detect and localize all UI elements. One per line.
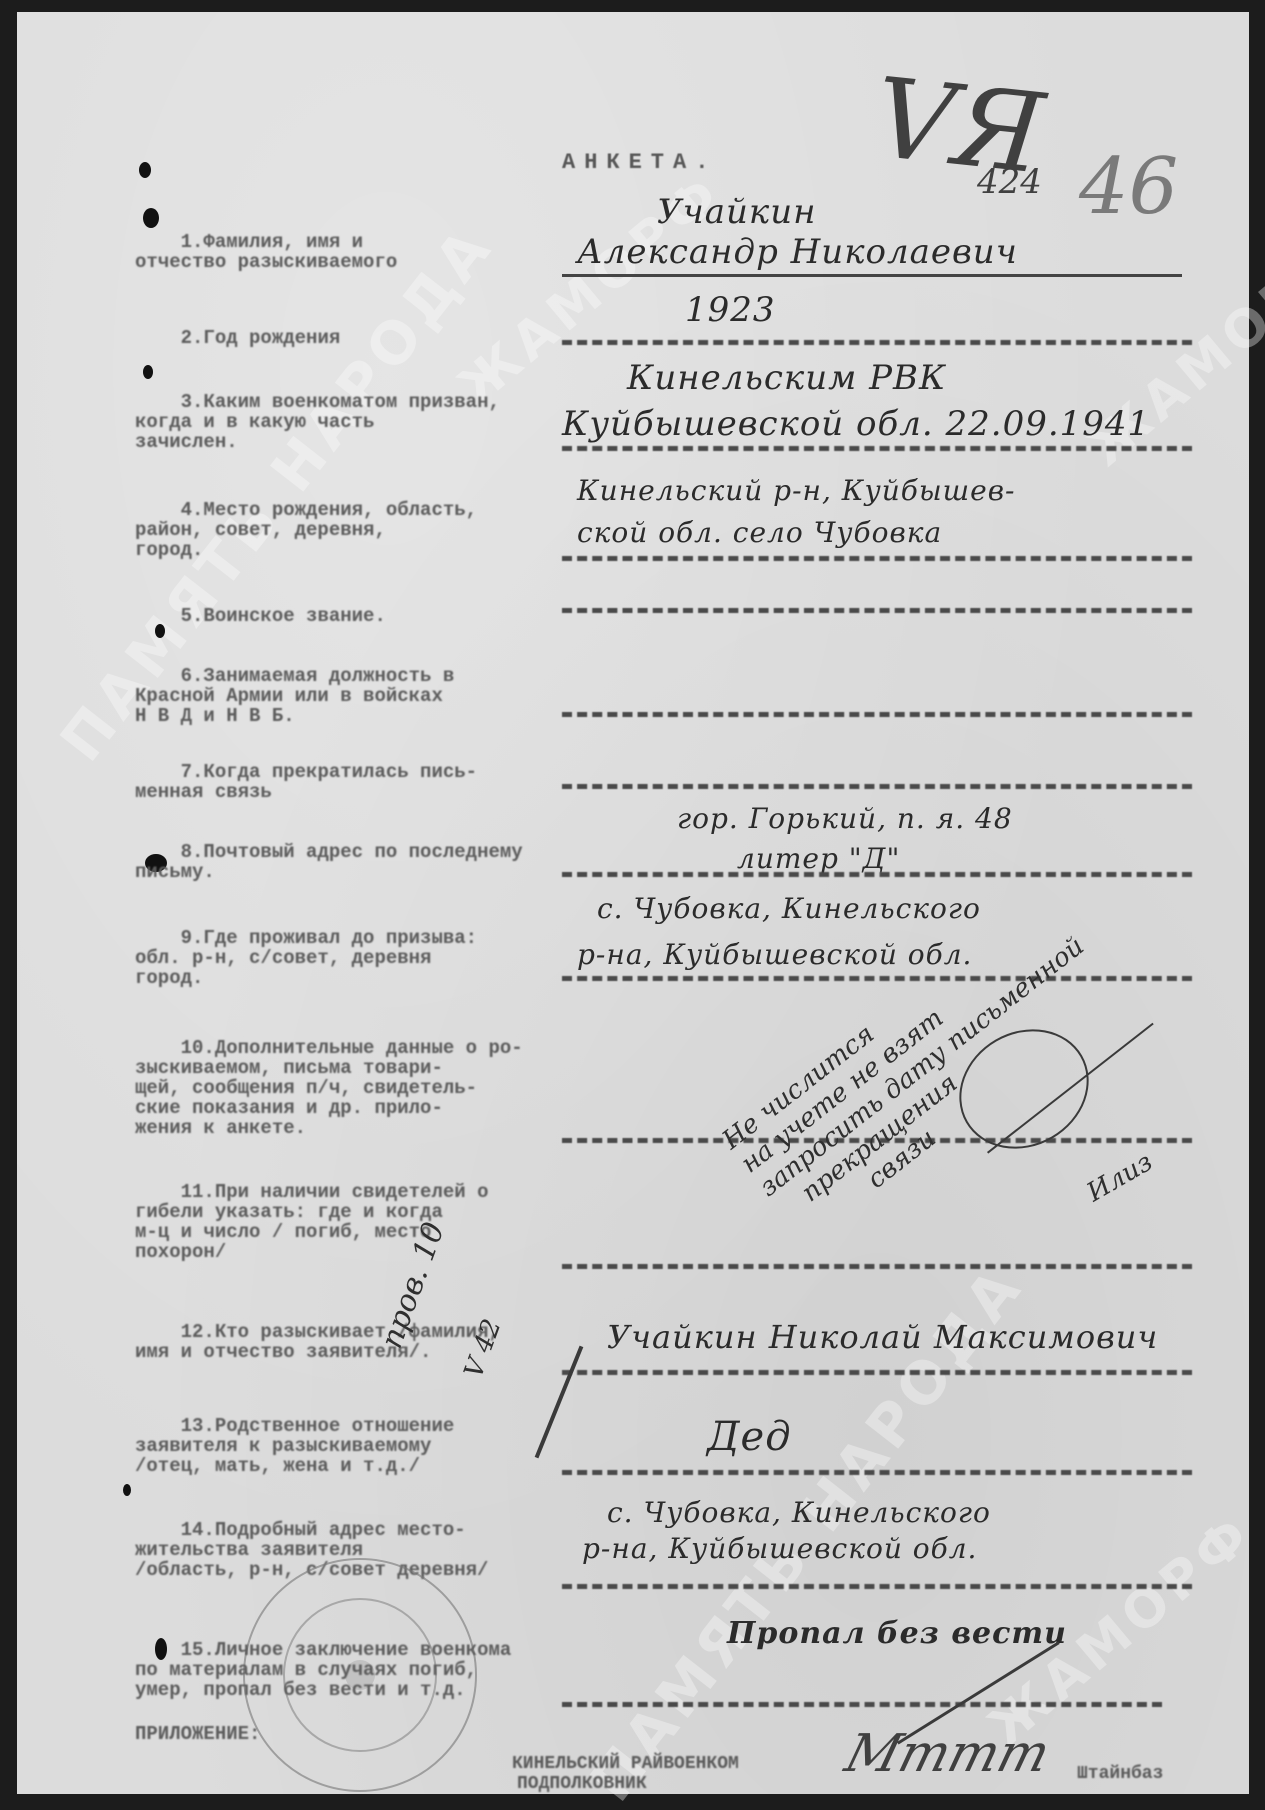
field-8-line [562,872,1192,877]
field-1-label: 1.Фамилия, имя и отчество разыскиваемого [135,212,397,292]
signature-office-line-2: ПОДПОЛКОВНИК [517,1774,647,1794]
field-8-answer-line-2: литер "Д" [737,842,900,875]
handwritten-signature: Mmmm [839,1724,1056,1784]
note-initials: Илиз [1082,1147,1158,1208]
field-8-label: 8.Почтовый адрес по последнему письму. [135,822,523,902]
field-1-line [562,274,1182,277]
document-page: ПАМЯТЬ НАРОДА ПАМЯТЬ НАРОДА ЖАМОРФ ЖАМОР… [17,12,1249,1794]
margin-number-46: 46 [1079,142,1178,232]
field-12-answer: Учайкин Николай Максимович [607,1318,1158,1356]
field-5-line [562,608,1192,613]
field-4-line [562,556,1192,561]
field-7-line [562,784,1192,789]
field-5-label: 5.Воинское звание. [135,586,386,646]
field-11-line [562,1264,1192,1269]
field-2-line [562,340,1192,345]
check-mark [535,1346,584,1459]
signature-office-line-1: КИНЕЛЬСКИЙ РАЙВОЕНКОМ [512,1754,739,1774]
field-4-answer-line-2: ской обл. село Чубовка [577,516,942,549]
field-14-answer-line-2: р-на, Куйбышевской обл. [582,1532,977,1565]
field-13-answer: Дед [707,1414,792,1460]
field-2-label: 2.Год рождения [135,308,340,368]
field-6-label: 6.Занимаемая должность в Красной Армии и… [135,646,454,746]
field-4-answer-line-1: Кинельский р-н, Куйбышев- [577,474,1015,507]
field-9-answer-line-2: р-на, Куйбышевской обл. [577,938,972,971]
field-12-label: 12.Кто разыскивает /фамилия, имя и отчес… [135,1302,500,1382]
ink-spot [123,1484,131,1496]
field-9-answer-line-1: с. Чубовка, Кинельского [597,892,981,925]
field-9-label: 9.Где проживал до призыва: обл. р-н, с/с… [135,908,477,1008]
field-3-answer-line-1: Кинельским РВК [627,358,946,398]
field-8-answer-line-1: гор. Горький, п. я. 48 [677,802,1013,835]
field-6-line [562,712,1192,717]
field-14-answer-line-1: с. Чубовка, Кинельского [607,1496,991,1529]
attachments-label: ПРИЛОЖЕНИЕ: [135,1724,260,1744]
field-15-answer: Пропал без вести [727,1616,1067,1651]
field-3-answer-line-2: Куйбышевской обл. 22.09.1941 [562,404,1150,444]
field-1-answer-name: Александр Николаевич [577,232,1018,272]
field-13-line [562,1470,1192,1475]
field-14-line [562,1584,1192,1589]
margin-number-424: 424 [977,162,1042,202]
field-15-line [562,1702,1162,1707]
field-3-line [562,446,1192,451]
field-3-label: 3.Каким военкоматом призван, когда и в к… [135,372,500,472]
field-4-label: 4.Место рождения, область, район, совет,… [135,480,477,580]
field-2-answer: 1923 [685,290,776,330]
field-10-label: 10.Дополнительные данные о ро- зыскиваем… [135,1018,523,1158]
field-13-label: 13.Родственное отношение заявителя к раз… [135,1396,454,1496]
field-12-line [562,1370,1192,1375]
field-15-label: 15.Личное заключение военкома по материа… [135,1620,511,1720]
field-1-answer-surname: Учайкин [657,192,817,232]
signature-name: Штайнбаз [1077,1764,1163,1784]
field-7-label: 7.Когда прекратилась пись- менная связь [135,742,477,822]
document-title: АНКЕТА. [562,150,717,175]
ink-spot [139,162,151,178]
